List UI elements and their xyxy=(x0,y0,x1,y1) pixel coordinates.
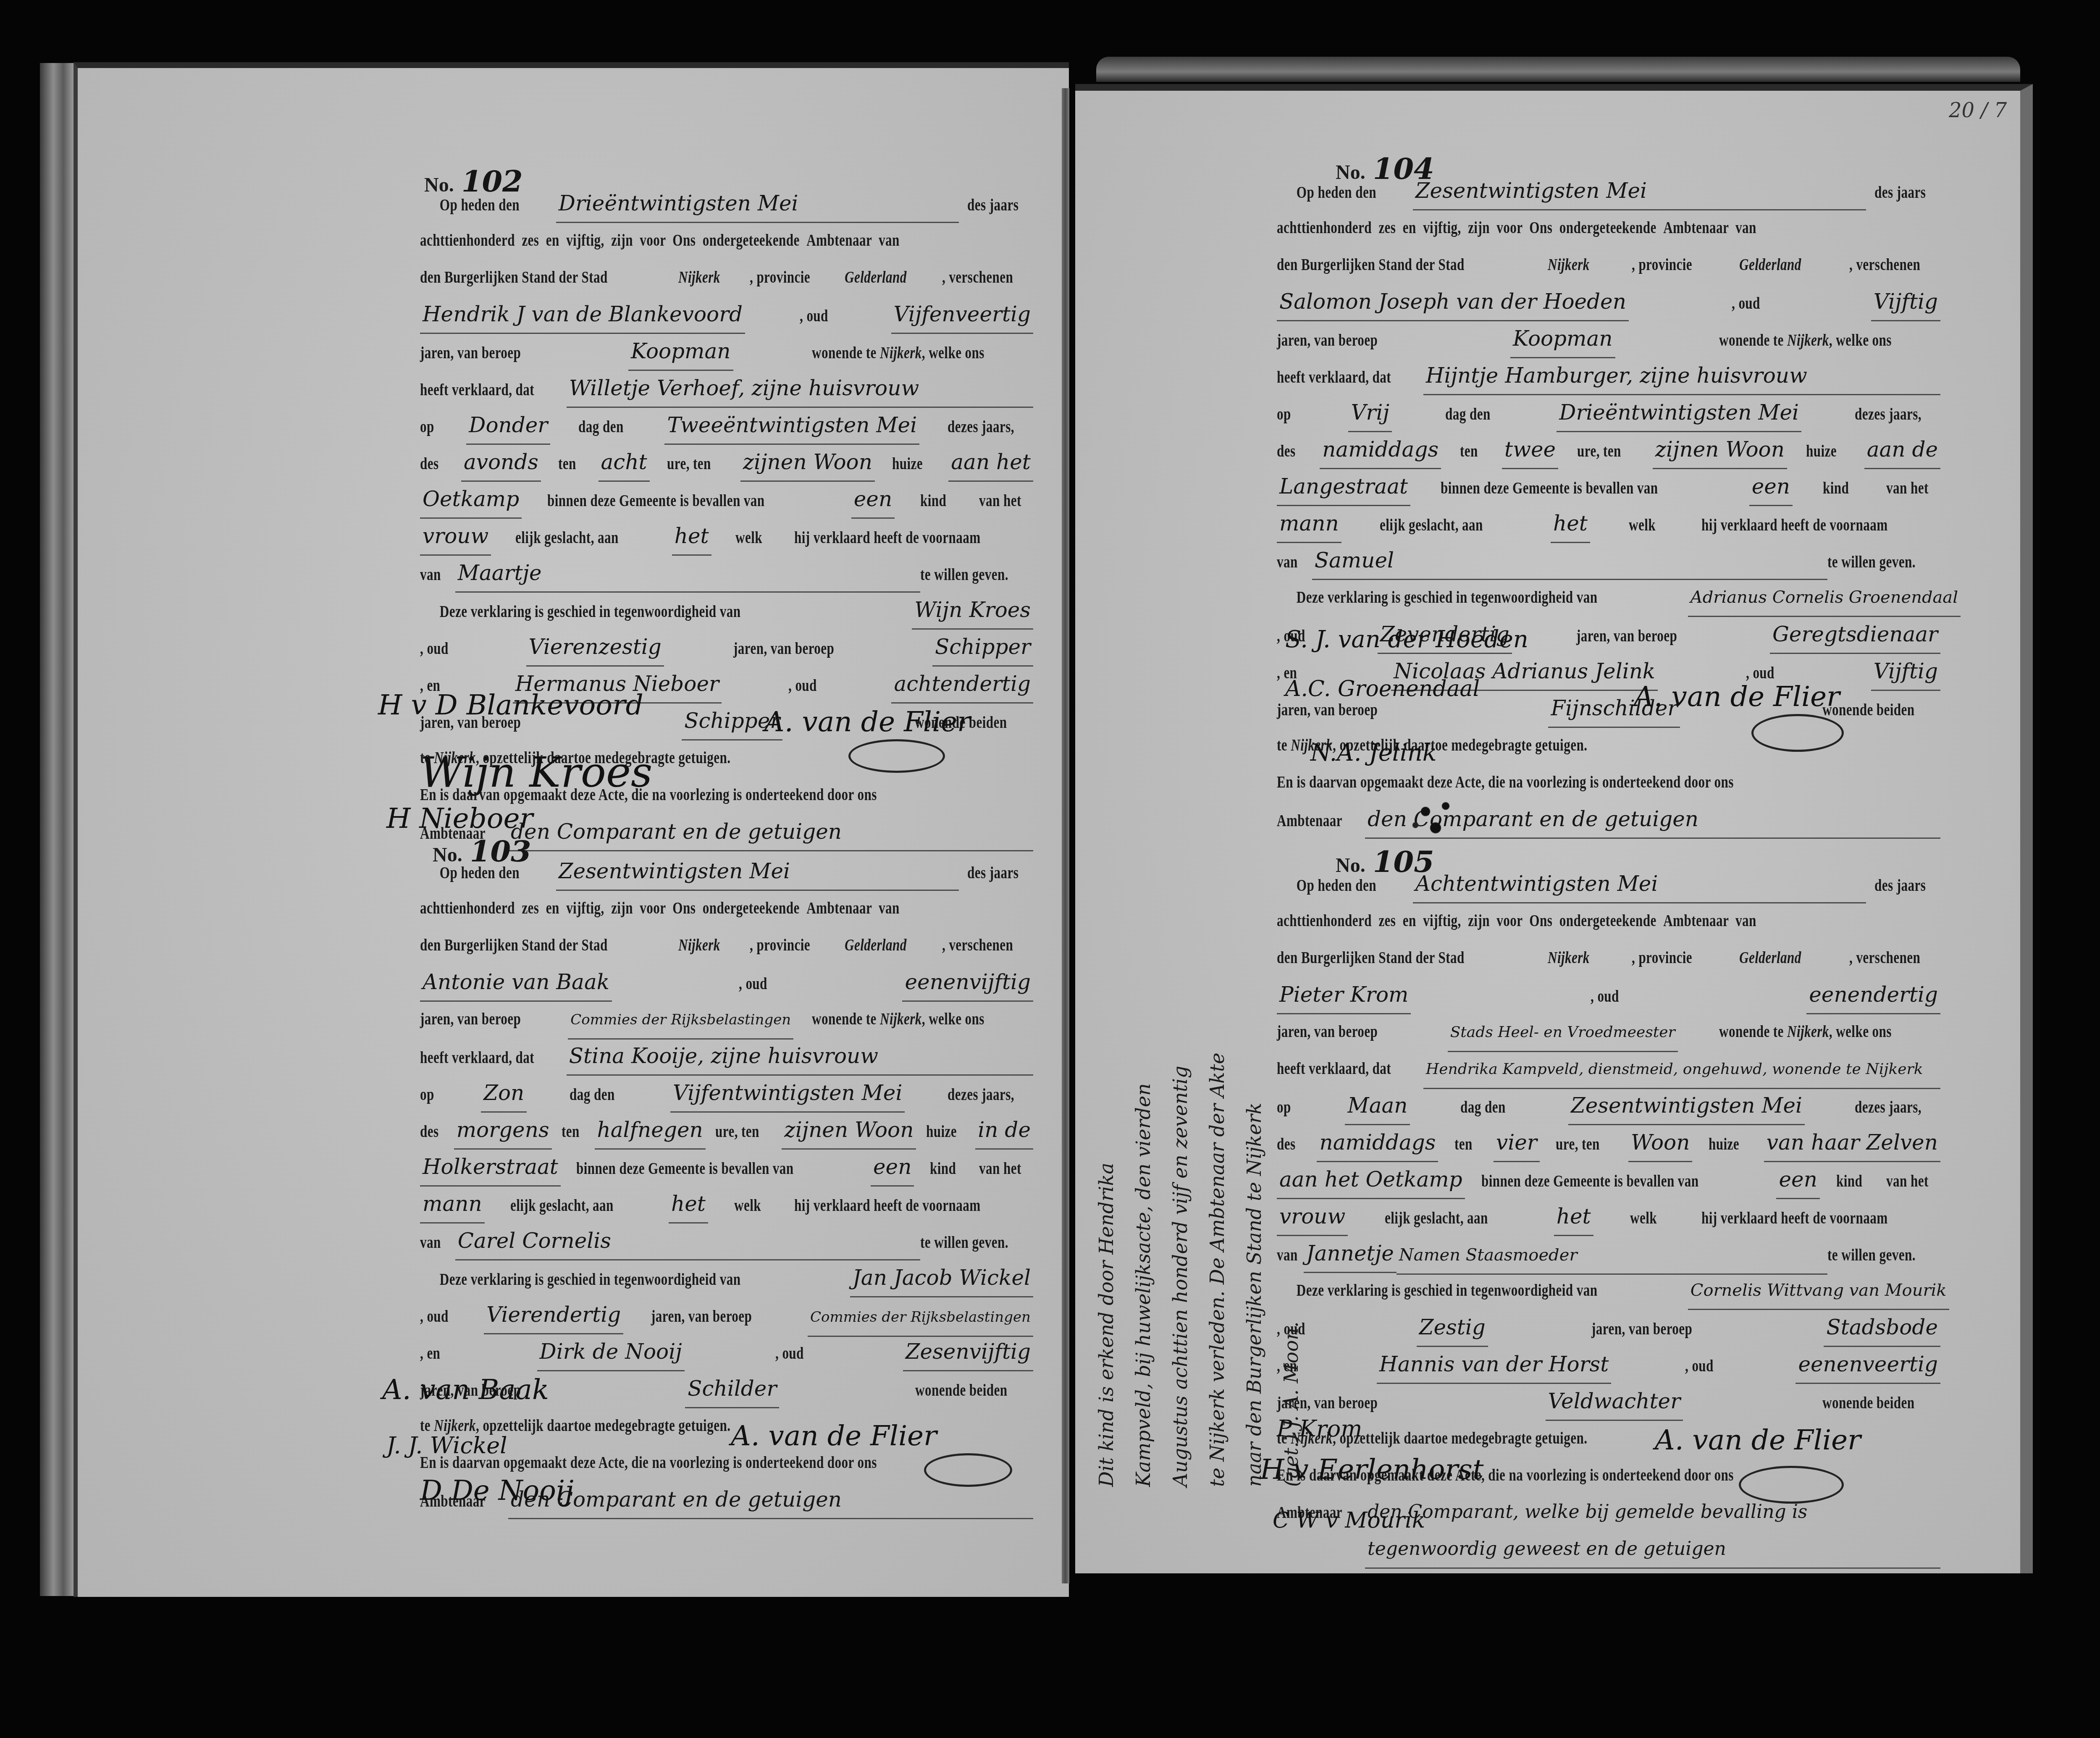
registrar-signature: A. van de Flier xyxy=(764,706,971,738)
signature: N.A. Jelink xyxy=(1310,739,1437,767)
wonende-te-nijkerk: wonende te Nijkerk, welke ons xyxy=(812,334,984,371)
registrar-signature: A. van de Flier xyxy=(1655,1424,1861,1456)
signature: P Krom xyxy=(1277,1415,1362,1442)
signature: H v D Blankevoord xyxy=(378,689,643,721)
form-line-year: achttienhonderd zes en vijftig, zijn voo… xyxy=(1277,209,1794,246)
form-line-year: achttienhonderd zes en vijftig, zijn voo… xyxy=(420,222,900,259)
page-stack-edge xyxy=(40,63,73,1596)
registrar-signature: A. van de Flier xyxy=(731,1420,937,1452)
folio-number: 20 / 7 xyxy=(1949,99,2007,122)
page-fold-top xyxy=(1096,57,2020,82)
record-103: Op heden denZesentwintigsten Meides jaar… xyxy=(420,853,1033,1518)
ink-blot xyxy=(1399,790,1466,844)
signature-flourish xyxy=(848,739,945,773)
form-line-year: achttienhonderd zes en vijftig, zijn voo… xyxy=(1277,902,1794,939)
signature: H Nieboer xyxy=(386,802,533,835)
book-gutter xyxy=(1062,88,1069,1583)
wonende-te-nijkerk: wonende te Nijkerk, welke ons xyxy=(1719,322,1892,359)
wonende-te-nijkerk: wonende te Nijkerk, welke ons xyxy=(812,1000,984,1037)
signature: D De Nooij xyxy=(420,1474,574,1507)
signature: Wijn Kroes xyxy=(420,748,652,797)
signature-flourish xyxy=(1739,1466,1844,1504)
signature: S. J. van der Hoeden xyxy=(1285,626,1528,653)
margin-annotation: Dit kind is erkend door Hendrika Kampvel… xyxy=(1088,899,1256,1487)
signature: H v Eerlenhorst xyxy=(1260,1453,1483,1486)
signature-flourish xyxy=(924,1453,1012,1487)
signature: A. van Baak xyxy=(382,1373,549,1406)
signature: A.C. Groenendaal xyxy=(1285,676,1480,701)
signature-flourish xyxy=(1751,714,1844,752)
signature: C W v Mourik xyxy=(1273,1508,1425,1533)
wonende-te-nijkerk: wonende te Nijkerk, welke ons xyxy=(1719,1013,1892,1050)
registrar-signature: A. van de Flier xyxy=(1634,680,1840,713)
form-line-year: achttienhonderd zes en vijftig, zijn voo… xyxy=(420,890,900,927)
signature: J. J. Wickel xyxy=(386,1432,507,1459)
